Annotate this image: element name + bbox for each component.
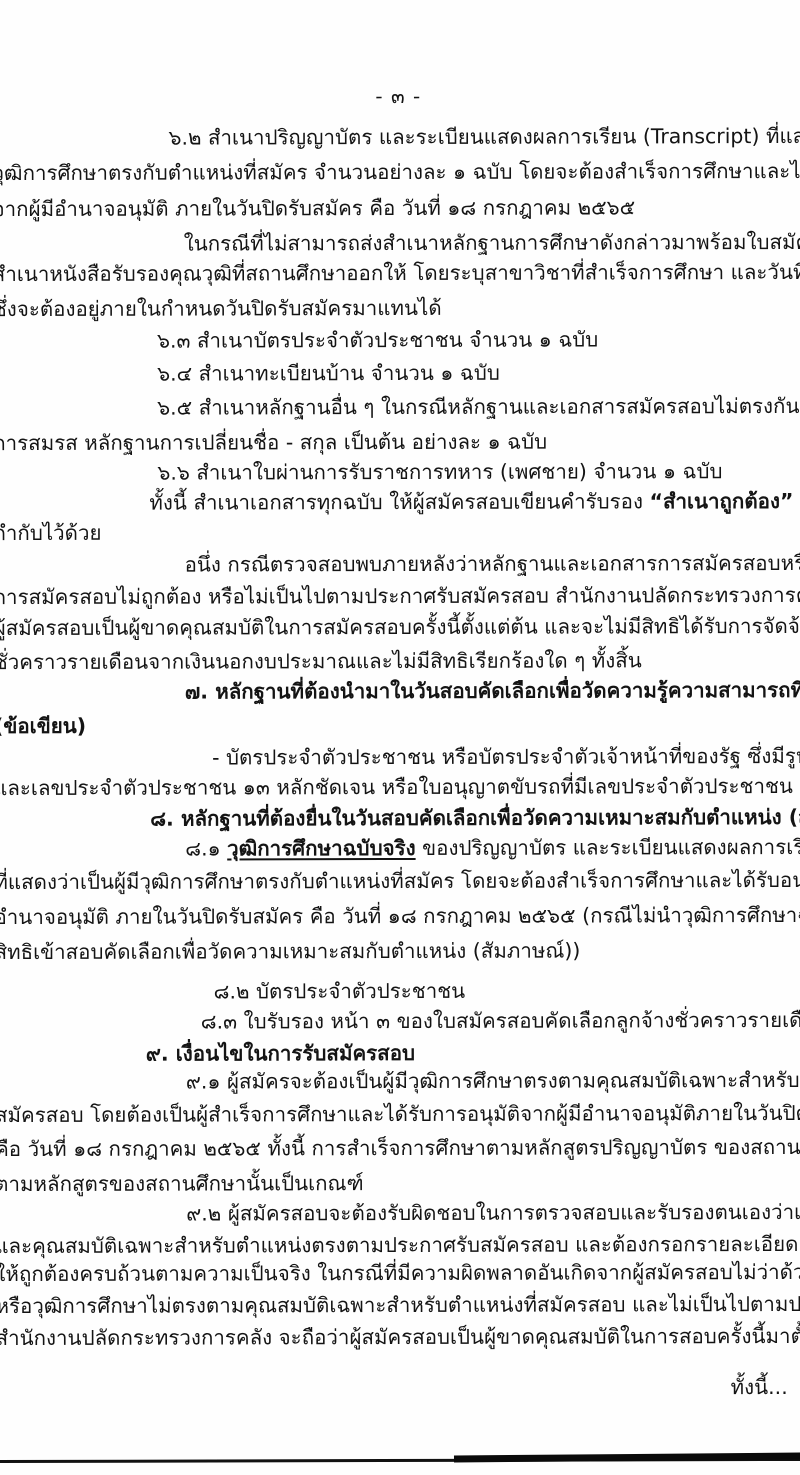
doc-line: สำนักงานปลัดกระทรวงการคลัง จะถือว่าผู้สม… <box>0 1321 800 1353</box>
doc-line: วุฒิการศึกษาตรงกับตำแหน่งที่สมัคร จำนวนอ… <box>0 156 800 188</box>
doc-line-8-3: ๘.๓ ใบรับรอง หน้า ๓ ของใบสมัครสอบคัดเลือ… <box>201 1005 800 1037</box>
scanned-document-page: - ๓ - ๖.๒ สำเนาปริญญาบัตร และระเบียนแสดง… <box>0 0 800 1475</box>
doc-line: ผู้สมัครสอบเป็นผู้ขาดคุณสมบัติในการสมัคร… <box>0 611 800 643</box>
doc-line-6-2: ๖.๒ สำเนาปริญญาบัตร และระเบียนแสดงผลการเ… <box>168 121 800 153</box>
line-8-1-underlined: วุฒิการศึกษาฉบับจริง <box>227 836 415 860</box>
doc-line-9-1: ๙.๑ ผู้สมัครจะต้องเป็นผู้มีวุฒิการศึกษาต… <box>186 1064 800 1096</box>
line-8-1-number: ๘.๑ <box>185 836 227 860</box>
doc-line: ตามหลักสูตรของสถานศึกษานั้นเป็นเกณฑ์ <box>0 1168 364 1199</box>
section-9-heading: ๙. เงื่อนไขในการรับสมัครสอบ <box>146 1038 415 1069</box>
doc-line-8-1: ๘.๑ วุฒิการศึกษาฉบับจริง ของปริญญาบัตร แ… <box>185 832 800 864</box>
doc-line: กำกับไว้ด้วย <box>0 518 102 548</box>
doc-line: สำเนาหนังสือรับรองคุณวุฒิที่สถานศึกษาออก… <box>0 257 800 289</box>
doc-line-8-2: ๘.๒ บัตรประจำตัวประชาชน <box>214 976 466 1007</box>
doc-line-9-2: ๙.๒ ผู้สมัครสอบจะต้องรับผิดชอบในการตรวจส… <box>186 1196 800 1228</box>
page-number: - ๓ - <box>0 79 798 113</box>
doc-line: หรือวุฒิการศึกษาไม่ตรงตามคุณสมบัติเฉพาะส… <box>0 1289 800 1322</box>
doc-line: สมัครสอบ โดยต้องเป็นผู้สำเร็จการศึกษาและ… <box>0 1098 800 1130</box>
doc-line: การสมัครสอบไม่ถูกต้อง หรือไม่เป็นไปตามปร… <box>0 580 800 612</box>
certify-prefix: ทั้งนี้ สำเนาเอกสารทุกฉบับ ให้ผู้สมัครสอ… <box>149 489 649 514</box>
doc-line-6-5: ๖.๕ สำเนาหลักฐานอื่น ๆ ในกรณีหลักฐานและเ… <box>157 391 800 423</box>
doc-line: และคุณสมบัติเฉพาะสำหรับตำแหน่งตรงตามประก… <box>0 1229 800 1262</box>
section-8-heading: ๘. หลักฐานที่ต้องยื่นในวันสอบคัดเลือกเพื… <box>150 802 800 834</box>
doc-line: - บัตรประจำตัวประชาชน หรือบัตรประจำตัวเจ… <box>212 741 800 773</box>
doc-line: ที่แสดงว่าเป็นผู้มีวุฒิการศึกษาตรงกับตำแ… <box>0 865 800 897</box>
continuation-marker: ทั้งนี้... <box>731 1371 788 1404</box>
doc-line-certify: ทั้งนี้ สำเนาเอกสารทุกฉบับ ให้ผู้สมัครสอ… <box>149 486 800 518</box>
doc-line: การสมรส หลักฐานการเปลี่ยนชื่อ - สกุล เป็… <box>0 427 547 458</box>
certify-suffix: และลงลายมือชื่อ <box>793 489 800 513</box>
line-8-1-rest: ของปริญญาบัตร และระเบียนแสดงผลการเรียน (… <box>416 835 800 860</box>
section-7-heading-cont: (ข้อเขียน) <box>0 711 86 741</box>
doc-line-6-3: ๖.๓ สำเนาบัตรประจำตัวประชาชน จำนวน ๑ ฉบั… <box>157 324 598 355</box>
doc-line: และเลขประจำตัวประชาชน ๑๓ หลักชัดเจน หรือ… <box>0 771 800 803</box>
doc-line: ซึ่งจะต้องอยู่ภายในกำหนดวันปิดรับสมัครมา… <box>0 293 442 324</box>
doc-line: คือ วันที่ ๑๘ กรกฎาคม ๒๕๖๕ ทั้งนี้ การสำ… <box>0 1132 800 1164</box>
doc-line: ชั่วคราวรายเดือนจากเงินนอกงบประมาณและไม่… <box>0 645 642 677</box>
doc-line: สิทธิเข้าสอบคัดเลือกเพื่อวัดความเหมาะสมก… <box>0 936 580 968</box>
certify-quoted: “สำเนาถูกต้อง” <box>649 489 793 513</box>
doc-line: อำนาจอนุมัติ ภายในวันปิดรับสมัคร คือ วัน… <box>0 900 800 932</box>
doc-line: ในกรณีที่ไม่สามารถส่งสำเนาหลักฐานการศึกษ… <box>184 227 800 259</box>
doc-line: อนึ่ง กรณีตรวจสอบพบภายหลังว่าหลักฐานและเ… <box>185 548 800 580</box>
doc-line: จากผู้มีอำนาจอนุมัติ ภายในวันปิดรับสมัคร… <box>0 192 635 224</box>
doc-line-6-6: ๖.๖ สำเนาใบผ่านการรับราชการทหาร (เพศชาย)… <box>157 456 722 487</box>
section-7-heading: ๗. หลักฐานที่ต้องนำมาในวันสอบคัดเลือกเพื… <box>185 675 800 707</box>
doc-line: ให้ถูกต้องครบถ้วนตามความเป็นจริง ในกรณีท… <box>0 1257 800 1289</box>
document-sheet: - ๓ - ๖.๒ สำเนาปริญญาบัตร และระเบียนแสดง… <box>0 0 800 1475</box>
doc-line-6-4: ๖.๔ สำเนาทะเบียนบ้าน จำนวน ๑ ฉบับ <box>157 358 500 389</box>
